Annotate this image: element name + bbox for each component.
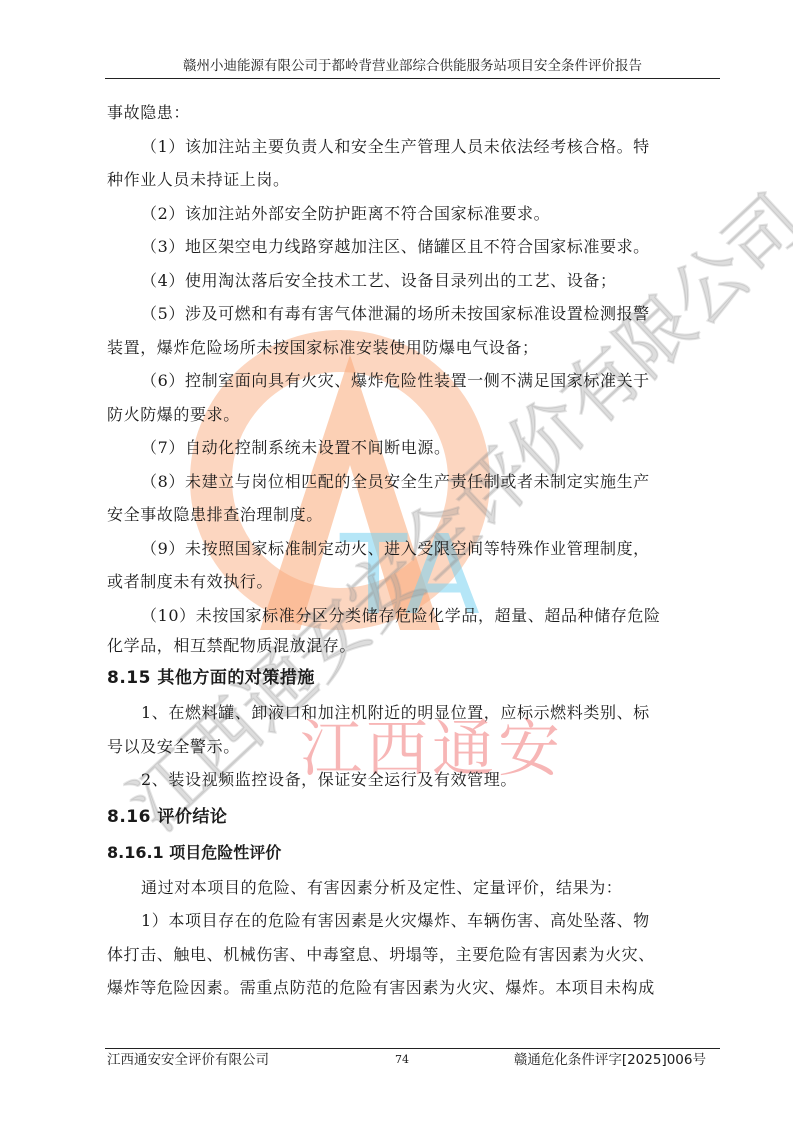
hazard-item-1-line2: 种作业人员未持证上岗。 xyxy=(107,163,719,197)
footer-doc-number: 赣通危化条件评字[2025]006号 xyxy=(514,1049,706,1071)
paragraph-hazard-factors-line2: 体打击、触电、机械伤害、中毒窒息、坍塌等，主要危险有害因素为火灾、 xyxy=(107,938,719,972)
measure-item-2: 2、装设视频监控设备，保证安全运行及有效管理。 xyxy=(107,763,719,797)
hazard-item-3: （3）地区架空电力线路穿越加注区、储罐区且不符合国家标准要求。 xyxy=(107,230,719,264)
paragraph-intro-tail: 事故隐患： xyxy=(107,96,719,130)
section-heading-8-16: 8.16 评价结论 xyxy=(107,799,719,835)
header-title: 赣州小迪能源有限公司于都岭背营业部综合供能服务站项目安全条件评价报告 xyxy=(183,58,642,74)
paragraph-evaluation-intro: 通过对本项目的危险、有害因素分析及定性、定量评价，结果为： xyxy=(107,871,719,905)
hazard-item-6-line2: 防火防爆的要求。 xyxy=(107,398,719,432)
hazard-item-10-line2: 化学品，相互禁配物质混放混存。 xyxy=(107,632,719,660)
paragraph-hazard-factors-line1: 1）本项目存在的危险有害因素是火灾爆炸、车辆伤害、高处坠落、物 xyxy=(107,904,719,938)
hazard-item-9-line2: 或者制度未有效执行。 xyxy=(107,565,719,599)
hazard-item-10-line1: （10）未按国家标准分区分类储存危险化学品，超量、超品种储存危险 xyxy=(107,599,719,633)
hazard-item-4: （4）使用淘汰落后安全技术工艺、设备目录列出的工艺、设备； xyxy=(107,264,719,298)
page-footer: 江西通安安全评价有限公司 74 赣通危化条件评字[2025]006号 xyxy=(105,1048,720,1071)
subsection-heading-8-16-1: 8.16.1 项目危险性评价 xyxy=(107,835,719,871)
hazard-item-9-line1: （9）未按照国家标准制定动火、进入受限空间等特殊作业管理制度， xyxy=(107,532,719,566)
hazard-item-2: （2）该加注站外部安全防护距离不符合国家标准要求。 xyxy=(107,197,719,231)
section-heading-8-15: 8.15 其他方面的对策措施 xyxy=(107,660,719,696)
hazard-item-5-line1: （5）涉及可燃和有毒有害气体泄漏的场所未按国家标准设置检测报警 xyxy=(107,297,719,331)
hazard-item-7: （7）自动化控制系统未设置不间断电源。 xyxy=(107,431,719,465)
paragraph-hazard-factors-line3: 爆炸等危险因素。需重点防范的危险有害因素为火灾、爆炸。本项目未构成 xyxy=(107,971,719,1005)
hazard-item-1-line1: （1）该加注站主要负责人和安全生产管理人员未依法经考核合格。特 xyxy=(107,130,719,164)
hazard-item-8-line1: （8）未建立与岗位相匹配的全员安全生产责任制或者未制定实施生产 xyxy=(107,465,719,499)
measure-item-1-line2: 号以及安全警示。 xyxy=(107,730,719,764)
hazard-item-5-line2: 装置，爆炸危险场所未按国家标准安装使用防爆电气设备； xyxy=(107,331,719,365)
footer-page-number: 74 xyxy=(395,1049,409,1071)
measure-item-1-line1: 1、在燃料罐、卸液口和加注机附近的明显位置，应标示燃料类别、标 xyxy=(107,696,719,730)
hazard-item-8-line2: 安全事故隐患排查治理制度。 xyxy=(107,498,719,532)
hazard-item-6-line1: （6）控制室面向具有火灾、爆炸危险性装置一侧不满足国家标准关于 xyxy=(107,364,719,398)
footer-company: 江西通安安全评价有限公司 xyxy=(107,1049,269,1071)
page-content: 事故隐患： （1）该加注站主要负责人和安全生产管理人员未依法经考核合格。特 种作… xyxy=(107,96,719,1005)
page-header: 赣州小迪能源有限公司于都岭背营业部综合供能服务站项目安全条件评价报告 xyxy=(105,56,720,79)
